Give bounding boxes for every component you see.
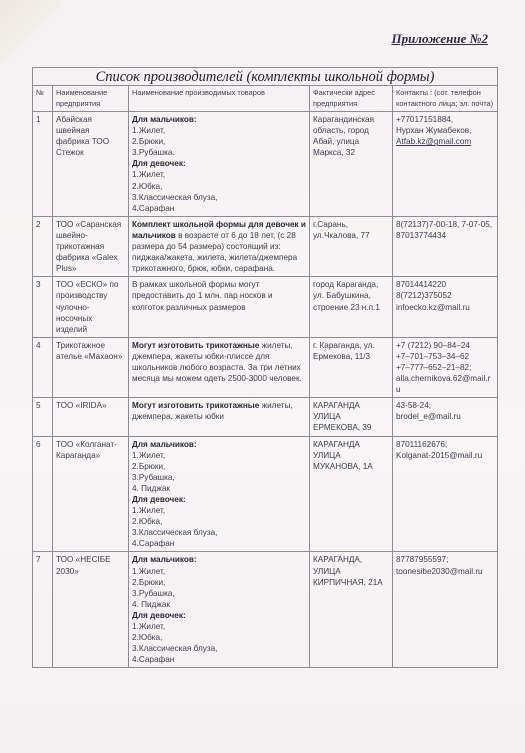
company-contacts: 8(72137)7-00-18, 7-07-05, 87013774434	[393, 216, 498, 276]
goods-item: 1.Жилет,	[132, 450, 306, 461]
row-number: 1	[33, 112, 53, 217]
company-name: Трикотажное ателье «Махаон»	[53, 337, 129, 397]
row-number: 2	[33, 216, 53, 276]
table-row: 7ТОО «НЕСІБЕ 2030»Для мальчиков:1.Жилет,…	[33, 552, 498, 668]
contact-line: +7–701–753–34–62	[396, 351, 494, 362]
company-name: ТОО «Колганат-Караганда»	[53, 436, 129, 552]
goods-highlight: Могут изготовить трикотажные	[132, 341, 259, 350]
manufacturers-table: Список производителей (комплекты школьно…	[32, 67, 498, 668]
company-contacts: +77017151884,Нурхан Жумабеков,Atfab.kz@g…	[393, 112, 498, 217]
table-row: 2ТОО «Саранская швейно-трикотажная фабри…	[33, 216, 498, 276]
company-name: Абайская швейная фабрика ТОО Стежок	[53, 112, 129, 217]
goods-description: Могут изготовить трикотажные жилеты, дже…	[129, 398, 310, 436]
row-number: 7	[33, 552, 53, 668]
contact-line: +7–777–652–21–82;	[396, 362, 494, 373]
row-number: 5	[33, 398, 53, 436]
contact-line: +77017151884,	[396, 114, 494, 125]
goods-item: 3.Рубашка,	[132, 472, 306, 483]
goods-item: 4.Сарафан	[132, 654, 306, 665]
contact-line: 8(72137)7-00-18, 7-07-05, 87013774434	[396, 219, 494, 241]
company-address: КАРАГАНДА УЛИЦА ЕРМЕКОВА, 39	[310, 398, 393, 436]
goods-description: Могут изготовить трикотажные жилеты, дже…	[129, 337, 310, 397]
goods-item: 2.Брюки,	[132, 461, 306, 472]
company-address: г.Сарань, ул.Чкалова, 77	[310, 216, 393, 276]
table-title: Список производителей (комплекты школьно…	[33, 68, 498, 86]
goods-item: 4.Сарафан	[132, 538, 306, 549]
goods-item: 3.Классическая блуза,	[132, 527, 306, 538]
company-name: ТОО «ЕСКО» по производству чулочно-носоч…	[53, 277, 129, 337]
table-row: 5ТОО «IRIDA»Могут изготовить трикотажные…	[33, 398, 498, 436]
table-row: 6ТОО «Колганат-Караганда»Для мальчиков:1…	[33, 436, 498, 552]
goods-item: 3.Рубашка,	[132, 588, 306, 599]
goods-item: 1.Жилет,	[132, 505, 306, 516]
row-number: 3	[33, 277, 53, 337]
company-address: КАРАГАНДА, УЛИЦА КИРПИЧНАЯ, 21А	[310, 552, 393, 668]
header-company: Наименование предприятия	[53, 86, 129, 112]
contact-line: 8(7212)375052	[396, 290, 494, 301]
document-page: Приложение №2 Список производителей (ком…	[0, 0, 525, 753]
header-address: Фактически адрес предприятия	[310, 86, 393, 112]
contact-line: infoecko.kz@mail.ru	[396, 302, 494, 313]
goods-group-heading: Для девочек:	[132, 494, 306, 505]
table-row: 3ТОО «ЕСКО» по производству чулочно-носо…	[33, 277, 498, 337]
header-number: №	[33, 86, 53, 112]
contact-line: Нурхан Жумабеков,	[396, 125, 494, 136]
contact-line: 43-58-24;	[396, 400, 494, 411]
goods-item: 4. Пиджак	[132, 483, 306, 494]
contact-line: alla.chernikova.62@mail.ru	[396, 373, 494, 395]
company-name: ТОО «IRIDA»	[53, 398, 129, 436]
contact-line: Kolganat-2015@mail.ru	[396, 450, 494, 461]
contact-line: 87011162676;	[396, 439, 494, 450]
company-address: Карагандинская область, город Абай, улиц…	[310, 112, 393, 217]
header-contacts: Контакты : (сот. телефон контактного лиц…	[393, 86, 498, 112]
goods-item: 2.Юбка,	[132, 181, 306, 192]
contact-line: brodel_e@mail.ru	[396, 411, 494, 422]
company-address: г. Караганда, ул. Ермекова, 11/3	[310, 337, 393, 397]
goods-item: 1.Жилет,	[132, 125, 306, 136]
table-row: 1Абайская швейная фабрика ТОО СтежокДля …	[33, 112, 498, 217]
goods-item: 2.Брюки,	[132, 136, 306, 147]
goods-item: 1.Жилет,	[132, 169, 306, 180]
row-number: 4	[33, 337, 53, 397]
folded-corner	[0, 0, 60, 70]
goods-item: 2.Юбка,	[132, 632, 306, 643]
contact-line: 87787955597;	[396, 554, 494, 565]
goods-item: 4.Сарафан	[132, 203, 306, 214]
appendix-label: Приложение №2	[391, 31, 488, 47]
goods-group-heading: Для мальчиков:	[132, 114, 306, 125]
goods-highlight: Могут изготовить трикотажные	[132, 401, 259, 410]
goods-item: 3.Классическая блуза,	[132, 643, 306, 654]
goods-item: 2.Брюки,	[132, 577, 306, 588]
goods-item: 4. Пиджак	[132, 599, 306, 610]
company-address: КАРАГАНДА УЛИЦА МУКАНОВА, 1А	[310, 436, 393, 552]
contact-line: +7 (7212) 90–84–24	[396, 340, 494, 351]
goods-text: В рамках школьной формы могут предостави…	[132, 280, 273, 311]
goods-group-heading: Для девочек:	[132, 158, 306, 169]
company-contacts: 87787955597;toonesibe2030@mail.ru	[393, 552, 498, 668]
company-name: ТОО «Саранская швейно-трикотажная фабрик…	[53, 216, 129, 276]
goods-description: В рамках школьной формы могут предостави…	[129, 277, 310, 337]
contact-email-link[interactable]: Atfab.kz@gmail.com	[396, 136, 494, 147]
contact-line: toonesibe2030@mail.ru	[396, 566, 494, 577]
company-address: город Караганда, ул. Бабушкина, строение…	[310, 277, 393, 337]
contact-line: 87014414220	[396, 279, 494, 290]
goods-item: 2.Юбка,	[132, 516, 306, 527]
company-contacts: +7 (7212) 90–84–24+7–701–753–34–62+7–777…	[393, 337, 498, 397]
header-goods: Наименование производимых товаров	[129, 86, 310, 112]
company-name: ТОО «НЕСІБЕ 2030»	[53, 552, 129, 668]
goods-group-heading: Для мальчиков:	[132, 554, 306, 565]
goods-description: Для мальчиков:1.Жилет,2.Брюки,3.Рубашка,…	[129, 436, 310, 552]
goods-item: 1.Жилет,	[132, 566, 306, 577]
goods-description: Для мальчиков:1.Жилет,2.Брюки,3.Рубашка,…	[129, 552, 310, 668]
company-contacts: 43-58-24;brodel_e@mail.ru	[393, 398, 498, 436]
goods-item: 1.Жилет,	[132, 621, 306, 632]
table-row: 4Трикотажное ателье «Махаон»Могут изгото…	[33, 337, 498, 397]
goods-group-heading: Для девочек:	[132, 610, 306, 621]
goods-group-heading: Для мальчиков:	[132, 439, 306, 450]
company-contacts: 87011162676;Kolganat-2015@mail.ru	[393, 436, 498, 552]
goods-description: Для мальчиков:1.Жилет,2.Брюки,3.Рубашка.…	[129, 112, 310, 217]
row-number: 6	[33, 436, 53, 552]
goods-item: 3.Рубашка.	[132, 147, 306, 158]
goods-item: 3.Классическая блуза,	[132, 192, 306, 203]
header-row: № Наименование предприятия Наименование …	[33, 86, 498, 112]
company-contacts: 870144142208(7212)375052infoecko.kz@mail…	[393, 277, 498, 337]
goods-description: Комплект школьной формы для девочек и ма…	[129, 216, 310, 276]
